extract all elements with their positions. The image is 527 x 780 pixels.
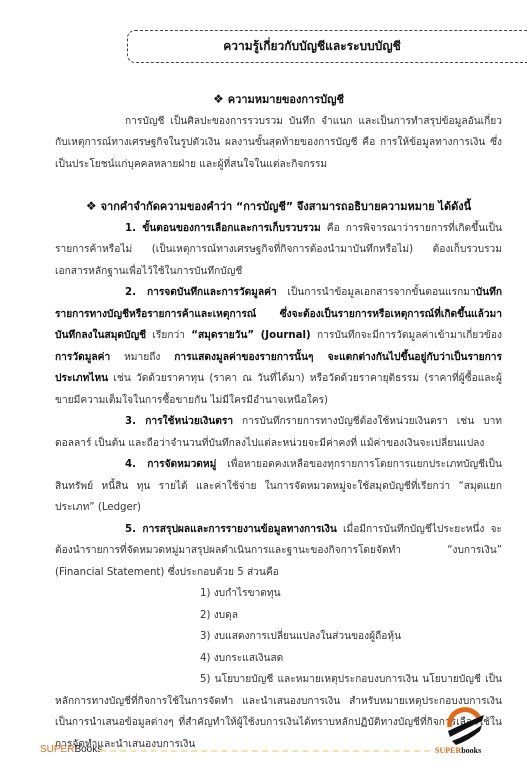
page-footer: SUPERBooks (40, 744, 490, 756)
statement-item: 1) งบกำไรขาดทุน (55, 583, 502, 605)
section-heading-definition: ❖จากคำจำกัดความของคำว่า “การบัญชี” จึงสา… (55, 196, 502, 218)
statement-item: 2) งบดุล (55, 605, 502, 627)
item-1: 1. ขั้นตอนของการเลือกและการเก็บรวบรวม คื… (55, 218, 502, 283)
footer-divider (100, 750, 430, 752)
meaning-paragraph: การบัญชี เป็นศิลปะของการรวบรวม บันทึก จำ… (55, 111, 502, 176)
page-title: ความรู้เกี่ยวกับบัญชีและระบบบัญชี (127, 30, 527, 63)
diamond-bullet-icon: ❖ (86, 199, 97, 213)
item-3: 3. การใช้หน่วยเงินตรา การบันทึกรายการทาง… (55, 411, 502, 454)
document-body: ❖ความหมายของการบัญชี การบัญชี เป็นศิลปะข… (55, 89, 502, 755)
item-2: 2. การจดบันทึกและการวัดมูลค่า เป็นการนำข… (55, 282, 502, 411)
footer-brand: SUPERBooks (40, 744, 102, 755)
statement-item: 4) งบกระแสเงินสด (55, 648, 502, 670)
item-5: 5. การสรุปผลและการรายงานข้อมูลทางการเงิน… (55, 519, 502, 584)
statement-item-5: 5) นโยบายบัญชี และหมายเหตุประกอบงบการเงิ… (55, 669, 502, 755)
section-heading-meaning: ❖ความหมายของการบัญชี (55, 89, 502, 111)
statement-item: 3) งบแสดงการเปลี่ยนแปลงในส่วนของผู้ถือหุ… (55, 626, 502, 648)
diamond-bullet-icon: ❖ (213, 92, 224, 106)
item-4: 4. การจัดหมวดหมู่ เพื่อหายอดคงเหลือของทุ… (55, 454, 502, 519)
